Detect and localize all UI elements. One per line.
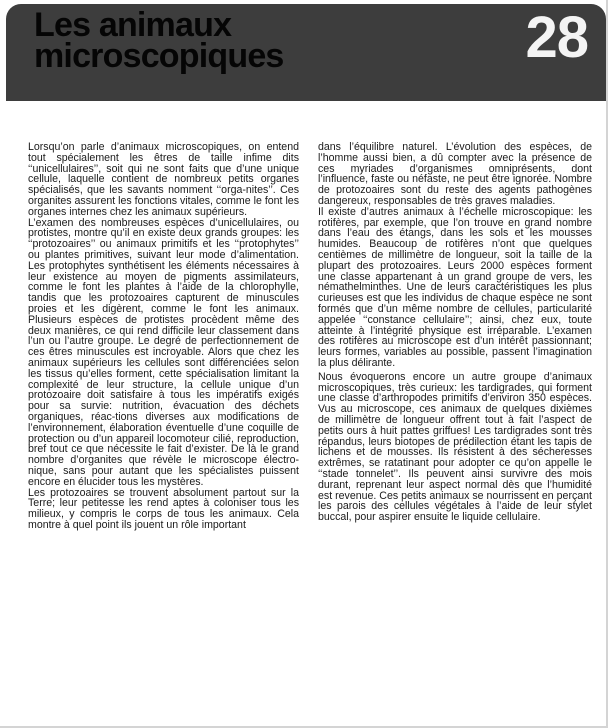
paragraph: Les protozoaires se trouvent absolument …: [28, 488, 299, 531]
text-column-left: Lorsqu’on parle d’animaux microscopiques…: [28, 142, 299, 531]
card-number: 28: [525, 6, 588, 70]
paragraph: L’examen des nombreuses espèces d’unicel…: [28, 218, 299, 488]
header-band: Les animaux microscopiques 28: [6, 4, 606, 101]
document-page: Les animaux microscopiques 28 Lorsqu’on …: [0, 0, 608, 728]
title-line-2: microscopiques: [34, 41, 284, 72]
paragraph: Lorsqu’on parle d’animaux microscopiques…: [28, 142, 299, 218]
paragraph: Nous évoquerons encore un autre groupe d…: [318, 372, 592, 523]
paragraph: Il existe d’autres animaux à l’échelle m…: [318, 207, 592, 369]
text-column-right: dans l’équilibre naturel. L’évolution de…: [318, 142, 592, 523]
paragraph: dans l’équilibre naturel. L’évolution de…: [318, 142, 592, 207]
page-title: Les animaux microscopiques: [34, 10, 284, 72]
